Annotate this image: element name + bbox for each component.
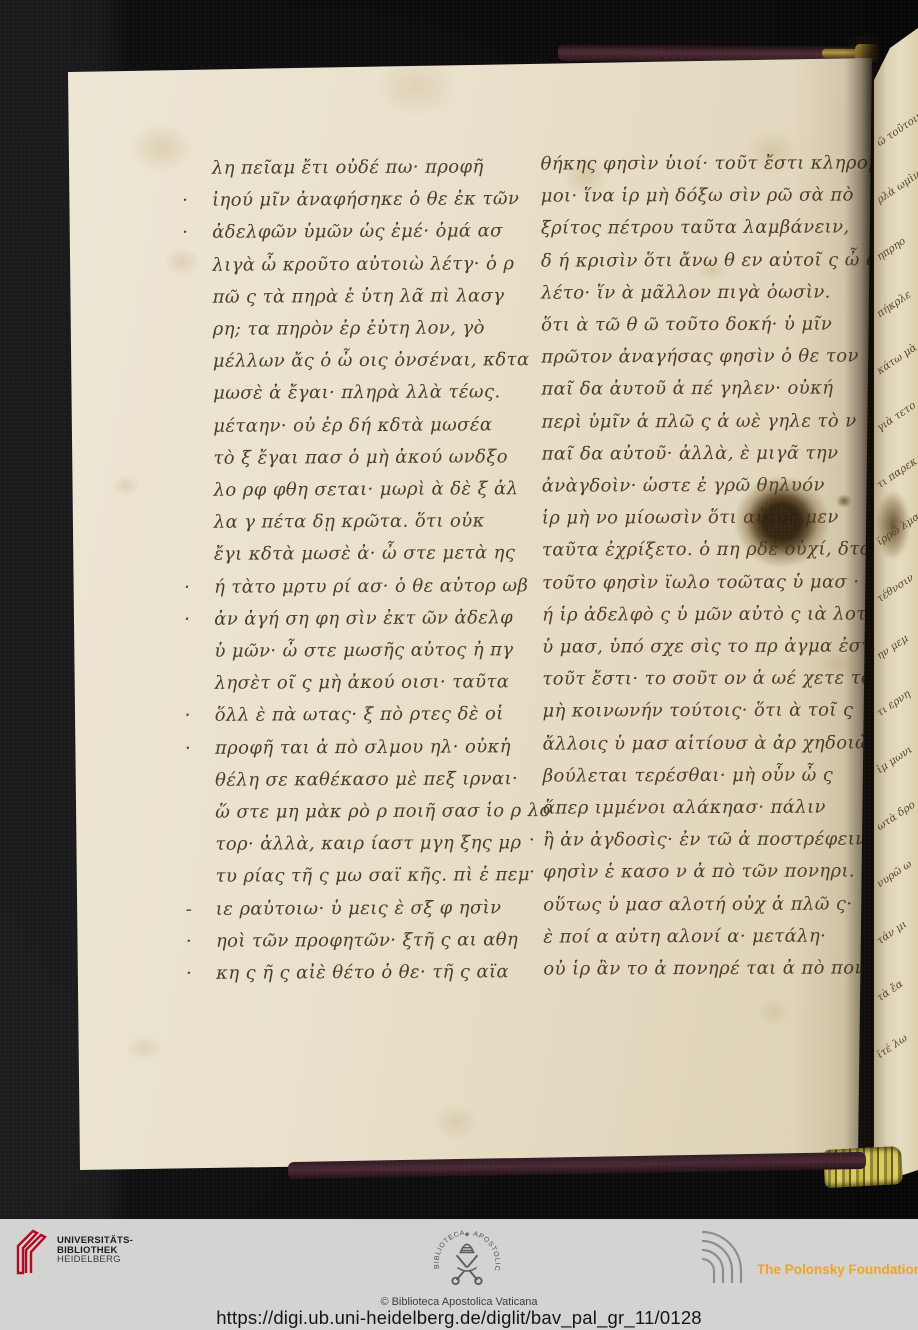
line-text: οὕτως ὑ μασ αλοτή οὐχ ἁ πλῶ ς· <box>543 893 852 915</box>
manuscript-line: ὅτι ὰ τῶ θ ῶ τοῦτο δοκή· ὑ μῖν <box>541 308 892 341</box>
manuscript-column-right: θήκης φησὶν ὑιοί· τοῦτ ἔστι κληρομομοι· … <box>541 147 895 986</box>
line-text: ή τὰτο μρτυ ρί ασ· ὁ θε αὐτορ ωβ <box>214 575 528 598</box>
line-text: προφῆ ται ἀ πὸ σλμου ηλ· οὐκἡ <box>215 736 511 759</box>
edge-text-fragment: ρλὰ ωμὶν <box>875 162 918 206</box>
manuscript-page: λη πεῖαμ ἔτι οὐδέ πω· προφῆ·ἰηού μῖν ἀνα… <box>66 56 872 1172</box>
edge-text-fragment: ην μεμ <box>875 618 918 662</box>
manuscript-line: ·ἢ ἀν ἀγδοσὶς· ἐν τῶ ἀ ποστρέφειν <box>543 824 894 857</box>
line-text: ξρίτος πέτρου ταῦτα λαμβάνειν, <box>541 217 850 239</box>
manuscript-line: -ιε ραὐτοιω· ὑ μεις ὲ σξ φ ησὶν <box>186 892 552 926</box>
edge-text-fragment: τι ερνη <box>875 675 918 719</box>
margin-mark: · <box>185 700 215 732</box>
line-text: τυ ρίας τῆ ς μω σαϊ κῆς. πὶ ἐ πεμ <box>216 865 530 888</box>
manuscript-line: πρῶτον ἀναγήσας φησὶν ὁ θε τον <box>541 341 892 374</box>
line-text: λα γ πέτα δῃ κρῶτα. ὅτι οὐκ <box>214 511 485 533</box>
line-text: μωσὲ ἀ ἔγαι· πληρὰ λλὰ τέως. <box>213 382 501 405</box>
ink-blot <box>734 476 830 568</box>
manuscript-line: ἀνὰγδοὶν· ὡστε ἐ γρῶ θηλυόν <box>542 469 893 502</box>
manuscript-line: πῶ ς τὰ πηρὰ ἑ ὑτη λᾶ πὶ λασγ <box>182 280 548 314</box>
manuscript-line: ξρίτος πέτρου ταῦτα λαμβάνειν, <box>541 212 892 245</box>
edge-text-fragment: νυρῶ ω <box>875 846 918 890</box>
manuscript-line: ἱρ μὴ νο μίοωσὶν ὅτι αὐτος μεν <box>542 502 893 535</box>
gutter-shadow <box>844 36 880 1176</box>
line-text: θέλη σε καθέκασο μὲ πεξ ιρναι· <box>215 768 518 791</box>
edge-text-fragment: ωτὰ δρο <box>875 789 918 833</box>
manuscript-line: ·φησὶν ἑ κασο ν ἀ πὸ τῶν πονηρι. <box>543 856 894 889</box>
source-url: https://digi.ub.uni-heidelberg.de/diglit… <box>0 1307 918 1329</box>
edge-text-fragment: ϊτέ λω <box>875 1017 918 1061</box>
manuscript-line: τορ· ἀλλὰ, καιρ ίαστ μγη ξης μρ <box>185 827 551 861</box>
margin-mark: · <box>182 185 212 217</box>
margin-mark: · <box>184 604 214 636</box>
polonsky-label: The Polonsky Foundation <box>757 1262 918 1277</box>
manuscript-line: ἅπερ ιμμένοι αλάκηασ· πάλιν <box>543 791 894 824</box>
manuscript-column-left: λη πεῖαμ ἔτι οὐδέ πω· προφῆ·ἰηού μῖν ἀνα… <box>182 151 552 990</box>
margin-mark: · <box>186 926 216 958</box>
manuscript-line: ἄλλοις ὑ μασ αἱτίουσ ὰ ἀρ χηδοιὼ <box>543 727 894 760</box>
line-text: ιε ραὐτοιω· ὑ μεις ὲ σξ φ ησὶν <box>216 897 502 919</box>
manuscript-line: λησὲτ οῖ ς μὴ ἀκού οισι· ταῦτα <box>185 666 551 700</box>
gilt-page-edges <box>823 1146 903 1188</box>
manuscript-line: περὶ ὑμῖν ἁ πλῶ ς ἀ ωὲ γηλε τὸ ν <box>541 405 892 438</box>
line-text: ταῦτα ἐχρίξετο. ὁ πη ρδὲ οὐχί, δτα <box>542 539 872 561</box>
ub-books-icon <box>13 1227 51 1275</box>
line-text: τοῦτ ἔστι· το σοῦτ ον ἀ ωέ χετε τοῦ <box>542 668 883 690</box>
manuscript-line: τὸ ξ ἔγαι πασ ὁ μὴ ἀκού ωνδξο <box>183 441 549 475</box>
edge-text-fragment: γιὰ τετο <box>875 390 918 434</box>
binding-edge-bottom <box>288 1152 866 1179</box>
manuscript-line: μὴ κοινωνήν τούτοις· ὅτι ὰ τοῖ ς <box>542 695 893 728</box>
manuscript-line: μέλλων ἄς ὁ ὦ οις ὀνσέναι, κδτα <box>183 344 549 378</box>
edge-text-fragment: ῶ τοῦτοικα <box>875 105 918 149</box>
margin-mark: · <box>185 732 215 764</box>
edge-text-fragment: πήκρλε <box>875 276 918 320</box>
manuscript-line: λέτο· ἵν ὰ μᾶλλον πιγὰ ὁωσὶν. <box>541 276 892 309</box>
margin-mark: · <box>186 958 216 990</box>
manuscript-line: ρη; τα πηρὸν ἐρ ἑὐτη λον, γὸ <box>183 312 549 346</box>
manuscript-line: βούλεται τερέσθαι· μὴ οὖν ὦ ς <box>543 759 894 792</box>
line-text: ὲ ποί α αὐτη αλονί α· μετάλη· <box>543 925 826 947</box>
line-text: ἰηού μῖν ἀναφήσηκε ὁ θε ἐκ τῶν <box>212 188 519 211</box>
edge-text-fragment: κάτω μὰ <box>875 333 918 377</box>
edge-text-fragment: τάν μι <box>875 903 918 947</box>
edge-text-fragment: ἱμ μωνι <box>875 732 918 776</box>
manuscript-line: οὐ ἱρ ἂν το ἀ πονηρέ ται ἀ πὸ πονη <box>543 952 894 985</box>
manuscript-line: μοι· ἵνα ἱρ μὴ δόξω σὶν ρῶ σὰ πὸ <box>541 180 892 213</box>
line-text: ἀνὰγδοὶν· ὡστε ἐ γρῶ θηλυόν <box>542 475 825 497</box>
line-text: κη ς ῆ ς αἰὲ θέτο ὁ θε· τῆ ς αϊα <box>216 961 509 984</box>
manuscript-line: ή ἱρ ἀδελφὸ ς ὑ μῶν αὐτὸ ς ιὰ λοτή <box>542 598 893 631</box>
manuscript-line: ὥ στε μη μὰκ ρὸ ρ ποιῆ σασ ἱο ρ λο <box>185 795 551 829</box>
line-text: ὑ μασ, ὑπό σχε σὶς το πρ ἀγμα ἐστι· <box>542 635 885 657</box>
ub-heidelberg-text: UNIVERSITÄTS- BIBLIOTHEK HEIDELBERG <box>57 1236 133 1275</box>
line-text: μὴ κοινωνήν τούτοις· ὅτι ὰ τοῖ ς <box>542 700 853 722</box>
line-text: θήκης φησὶν ὑιοί· τοῦτ ἔστι κληρομο <box>541 152 892 174</box>
gold-glint <box>822 49 868 58</box>
line-text: ἢ ἀν ἀγδοσὶς· ἐν τῶ ἀ ποστρέφειν <box>543 829 867 851</box>
margin-mark: · <box>529 825 543 857</box>
line-text: τὸ ξ ἔγαι πασ ὁ μὴ ἀκού ωνδξο <box>213 446 508 469</box>
line-text: λέτο· ἵν ὰ μᾶλλον πιγὰ ὁωσὶν. <box>541 281 831 303</box>
line-text: ἱρ μὴ νο μίοωσὶν ὅτι αὐτος μεν <box>542 507 839 529</box>
manuscript-line: τοῦτ ἔστι· το σοῦτ ον ἀ ωέ χετε τοῦ <box>542 663 893 696</box>
manuscript-line: ·κη ς ῆ ς αἰὲ θέτο ὁ θε· τῆ ς αϊα <box>186 956 552 990</box>
line-text: παῖ δα αὐτοῦ· ἀλλὰ, ὲ μιγᾶ την <box>542 442 839 464</box>
line-text: δ ή κρισὶν ὅτι ἄνω θ εν αὐτοῖ ς ὦ φά <box>541 249 892 271</box>
line-text: τοῦτο φησὶν ϊωλο τοῶτας ὑ μασ · <box>542 571 859 593</box>
line-text: μέταην· οὐ ἐρ δή κδτὰ μωσέα <box>213 414 492 436</box>
gold-clasp <box>855 44 879 62</box>
line-text: περὶ ὑμῖν ἁ πλῶ ς ἀ ωὲ γηλε τὸ ν <box>541 410 856 432</box>
manuscript-line: λα γ πέτα δῃ κρῶτα. ὅτι οὐκ <box>184 505 550 539</box>
manuscript-line: λιγὰ ὦ κροῦτο αὐτοιὼ λέτγ· ὁ ρ <box>182 248 548 282</box>
margin-mark: · <box>529 857 543 889</box>
manuscript-line: ·προφῆ ται ἀ πὸ σλμου ηλ· οὐκἡ <box>185 731 551 765</box>
manuscript-line: λη πεῖαμ ἔτι οὐδέ πω· προφῆ <box>182 151 548 185</box>
line-text: μοι· ἵνα ἱρ μὴ δόξω σὶν ρῶ σὰ πὸ <box>541 185 854 207</box>
manuscript-line: παῖ δα αὐτοῦ· ἀλλὰ, ὲ μιγᾶ την <box>542 437 893 470</box>
manuscript-line: ·ἀδελφῶν ὑμῶν ὡς ἐμέ· ὁμά ασ <box>182 215 548 249</box>
manuscript-line: δ ή κρισὶν ὅτι ἄνω θ εν αὐτοῖ ς ὦ φά <box>541 244 892 277</box>
manuscript-line: θήκης φησὶν ὑιοί· τοῦτ ἔστι κληρομο <box>541 147 892 180</box>
line-text: ἅπερ ιμμένοι αλάκηασ· πάλιν <box>543 797 826 819</box>
line-text: ὅτι ὰ τῶ θ ῶ τοῦτο δοκή· ὑ μῖν <box>541 314 832 336</box>
line-text: λο ρφ φθη σεται· μωρὶ ὰ δὲ ξ ἀλ <box>214 478 519 501</box>
manuscript-line: μέταην· οὐ ἐρ δή κδτὰ μωσέα <box>183 409 549 443</box>
manuscript-line: τοῦτο φησὶν ϊωλο τοῶτας ὑ μασ · <box>542 566 893 599</box>
footer-bar: UNIVERSITÄTS- BIBLIOTHEK HEIDELBERG BIBL… <box>0 1219 918 1330</box>
vatican-seal-icon: BIBLIOTECA · APOSTOLICA · VATICANA <box>428 1223 506 1299</box>
line-text: ἔγι κδτὰ μωσὲ ἀ· ὦ στε μετὰ ης <box>214 543 516 566</box>
line-text: φησὶν ἑ κασο ν ἀ πὸ τῶν πονηρι. <box>543 861 855 883</box>
manuscript-line: ·ἀν ἀγή ση φη σὶν ἐκτ ῶν ἀδελφ <box>184 602 550 636</box>
margin-mark: · <box>182 217 212 249</box>
line-text: ηοὶ τῶν προφητῶν· ξτῆ ς αι αθη <box>216 929 518 952</box>
line-text: ὥ στε μη μὰκ ρὸ ρ ποιῆ σασ ἱο ρ λο <box>215 800 551 823</box>
margin-mark: - <box>186 893 216 925</box>
line-text: πῶ ς τὰ πηρὰ ἑ ὑτη λᾶ πὶ λασγ <box>213 285 505 308</box>
manuscript-line: ·ὅλλ ὲ πὰ ωτας· ξ πὸ ρτες δὲ οἱ <box>185 698 551 732</box>
line-text: ἀν ἀγή ση φη σὶν ἐκτ ῶν ἀδελφ <box>214 607 513 630</box>
line-text: ἄλλοις ὑ μασ αἱτίουσ ὰ ἀρ χηδοιὼ <box>543 732 871 754</box>
margin-mark: · <box>184 571 214 603</box>
ub-line3: HEIDELBERG <box>57 1255 133 1265</box>
facing-page-edge: ῶ τοῦτοικαρλὰ ωμὶνηπρηοπήκρλεκάτω μὰγιὰ … <box>874 20 918 1186</box>
ub-heidelberg-logo: UNIVERSITÄTS- BIBLIOTHEK HEIDELBERG <box>13 1227 133 1275</box>
manuscript-line: ·ή τὰτο μρτυ ρί ασ· ὁ θε αὐτορ ωβ <box>184 570 550 604</box>
manuscript-line: τυ ρίας τῆ ς μω σαϊ κῆς. πὶ ἐ πεμ <box>186 860 552 894</box>
manuscript-line: ὑ μῶν· ὦ στε μωσῆς αὐτος ἠ πγ <box>184 634 550 668</box>
photo-stage: λη πεῖαμ ἔτι οὐδέ πω· προφῆ·ἰηού μῖν ἀνα… <box>0 0 918 1219</box>
manuscript-line: ταῦτα ἐχρίξετο. ὁ πη ρδὲ οὐχί, δτα <box>542 534 893 567</box>
edge-text-fragment: τι παρεκ <box>875 447 918 491</box>
manuscript-line: λο ρφ φθη σεται· μωρὶ ὰ δὲ ξ ἀλ <box>183 473 549 507</box>
edge-text-fragment: ηπρηο <box>875 219 918 263</box>
vatican-seal: BIBLIOTECA · APOSTOLICA · VATICANA <box>428 1223 506 1299</box>
line-text: λη πεῖαμ ἔτι οὐδέ πω· προφῆ <box>212 156 484 178</box>
manuscript-line: θέλη σε καθέκασο μὲ πεξ ιρναι· <box>185 763 551 797</box>
polonsky-logo: The Polonsky Foundation <box>700 1225 918 1283</box>
line-text: ή ἱρ ἀδελφὸ ς ὑ μῶν αὐτὸ ς ιὰ λοτή <box>542 603 878 625</box>
manuscript-line: μωσὲ ἀ ἔγαι· πληρὰ λλὰ τέως. <box>183 376 549 410</box>
manuscript-line: ·ἰηού μῖν ἀναφήσηκε ὁ θε ἐκ τῶν <box>182 183 548 217</box>
line-text: λιγὰ ὦ κροῦτο αὐτοιὼ λέτγ· ὁ ρ <box>212 253 514 276</box>
line-text: οὐ ἱρ ἂν το ἀ πονηρέ ται ἀ πὸ πονη <box>543 958 877 980</box>
line-text: λησὲτ οῖ ς μὴ ἀκού οισι· ταῦτα <box>215 672 510 695</box>
line-text: βούλεται τερέσθαι· μὴ οὖν ὦ ς <box>543 764 834 786</box>
manuscript-line: παῖ δα ἀυτοῦ ἀ πέ γηλεν· οὐκή <box>541 373 892 406</box>
edge-text-fragment: ϊρρῶ λμα <box>875 504 918 548</box>
line-text: πρῶτον ἀναγήσας φησὶν ὁ θε τον <box>541 346 859 368</box>
small-stain <box>836 494 852 508</box>
binding-edge-top <box>558 44 876 63</box>
manuscript-line: ἔγι κδτὰ μωσὲ ἀ· ὦ στε μετὰ ης <box>184 537 550 571</box>
line-text: ὑ μῶν· ὦ στε μωσῆς αὐτος ἠ πγ <box>214 639 513 662</box>
manuscript-line: ὑ μασ, ὑπό σχε σὶς το πρ ἀγμα ἐστι· <box>542 630 893 663</box>
line-text: ἀδελφῶν ὑμῶν ὡς ἐμέ· ὁμά ασ <box>212 221 503 244</box>
manuscript-line: οὕτως ὑ μασ αλοτή οὐχ ἁ πλῶ ς· <box>543 888 894 921</box>
edge-stain <box>876 490 910 560</box>
line-text: ρη; τα πηρὸν ἐρ ἑὐτη λον, γὸ <box>213 317 485 339</box>
line-text: ὅλλ ὲ πὰ ωτας· ξ πὸ ρτες δὲ οἱ <box>215 704 504 727</box>
line-text: μέλλων ἄς ὁ ὦ οις ὀνσέναι, κδτα <box>213 349 530 372</box>
line-text: παῖ δα ἀυτοῦ ἀ πέ γηλεν· οὐκή <box>541 378 833 400</box>
manuscript-line: ·ηοὶ τῶν προφητῶν· ξτῆ ς αι αθη <box>186 924 552 958</box>
edge-text-fragment: τὰ ἔα <box>875 960 918 1004</box>
edge-text-fragment: τέθνσιν <box>875 561 918 605</box>
polonsky-arcs-icon <box>700 1225 752 1283</box>
line-text: τορ· ἀλλὰ, καιρ ίαστ μγη ξης μρ <box>215 832 521 855</box>
manuscript-line: ὲ ποί α αὐτη αλονί α· μετάλη· <box>543 920 894 953</box>
